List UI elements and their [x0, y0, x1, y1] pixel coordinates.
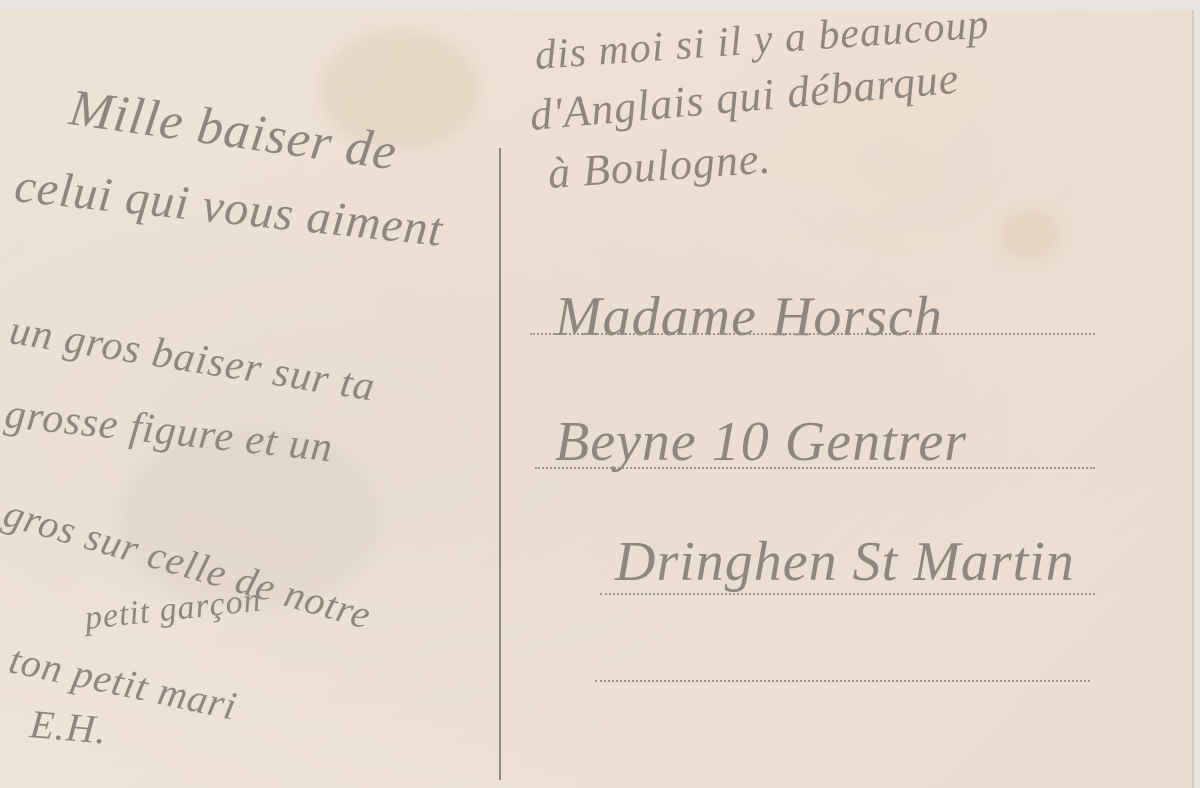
paper-stain — [1000, 210, 1060, 260]
postcard-back: Mille baiser de celui qui vous aiment un… — [0, 10, 1194, 788]
signature: E.H. — [28, 700, 109, 754]
address-line-blank — [595, 680, 1090, 682]
center-divider — [499, 148, 501, 780]
address-town: Dringhen St Martin — [615, 530, 1075, 594]
message-line: à Boulogne. — [546, 132, 773, 198]
address-recipient: Madame Horsch — [555, 285, 943, 349]
address-street: Beyne 10 Gentrer — [555, 410, 967, 474]
address-line — [600, 593, 1095, 595]
address-line — [530, 333, 1095, 335]
message-line: petit garçon — [83, 582, 263, 638]
address-line — [535, 467, 1095, 469]
